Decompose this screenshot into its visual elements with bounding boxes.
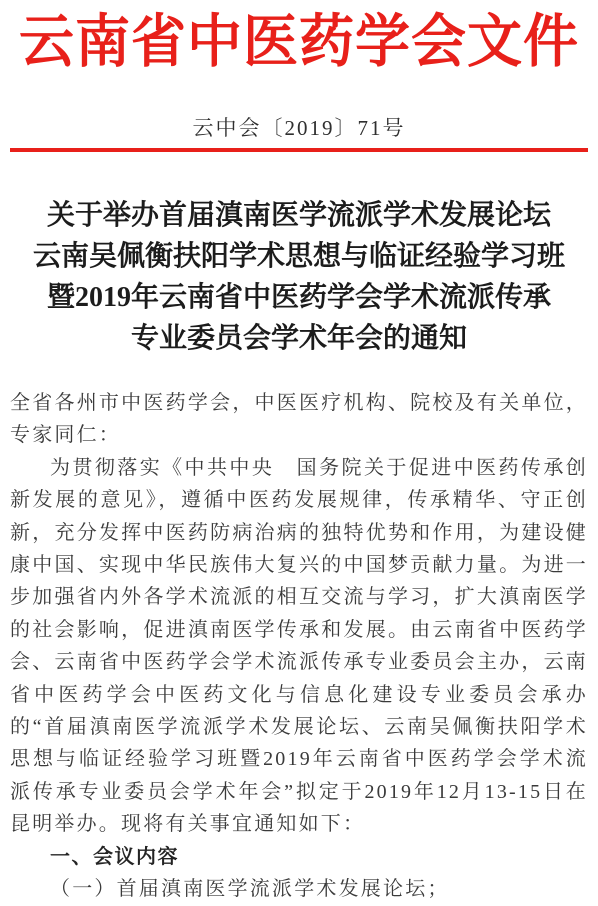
body-paragraph: 为贯彻落实《中共中央 国务院关于促进中医药传承创新发展的意见》，遵循中医药发展规… (10, 452, 588, 841)
section-item-1: （一）首届滇南医学流派学术发展论坛； (10, 873, 588, 905)
document-body: 全省各州市中医药学会，中医医疗机构、院校及有关单位，专家同仁： 为贯彻落实《中共… (10, 387, 588, 906)
doc-number: 云中会〔2019〕71号 (10, 116, 588, 140)
document-title-line: 云南吴佩衡扶阳学术思想与临证经验学习班 (10, 236, 588, 277)
section-heading-1: 一、会议内容 (10, 841, 588, 873)
document-title-line: 关于举办首届滇南医学流派学术发展论坛 (10, 195, 588, 236)
document-title-line: 专业委员会学术年会的通知 (10, 318, 588, 359)
document-title-line: 暨2019年云南省中医药学会学术流派传承 (10, 277, 588, 318)
document-page: 云南省中医药学会文件 云中会〔2019〕71号 关于举办首届滇南医学流派学术发展… (0, 0, 598, 906)
document-title: 关于举办首届滇南医学流派学术发展论坛 云南吴佩衡扶阳学术思想与临证经验学习班 暨… (10, 195, 588, 359)
red-divider-line (10, 148, 588, 152)
org-title: 云南省中医药学会文件 (10, 8, 588, 77)
salutation: 全省各州市中医药学会，中医医疗机构、院校及有关单位，专家同仁： (10, 387, 588, 452)
